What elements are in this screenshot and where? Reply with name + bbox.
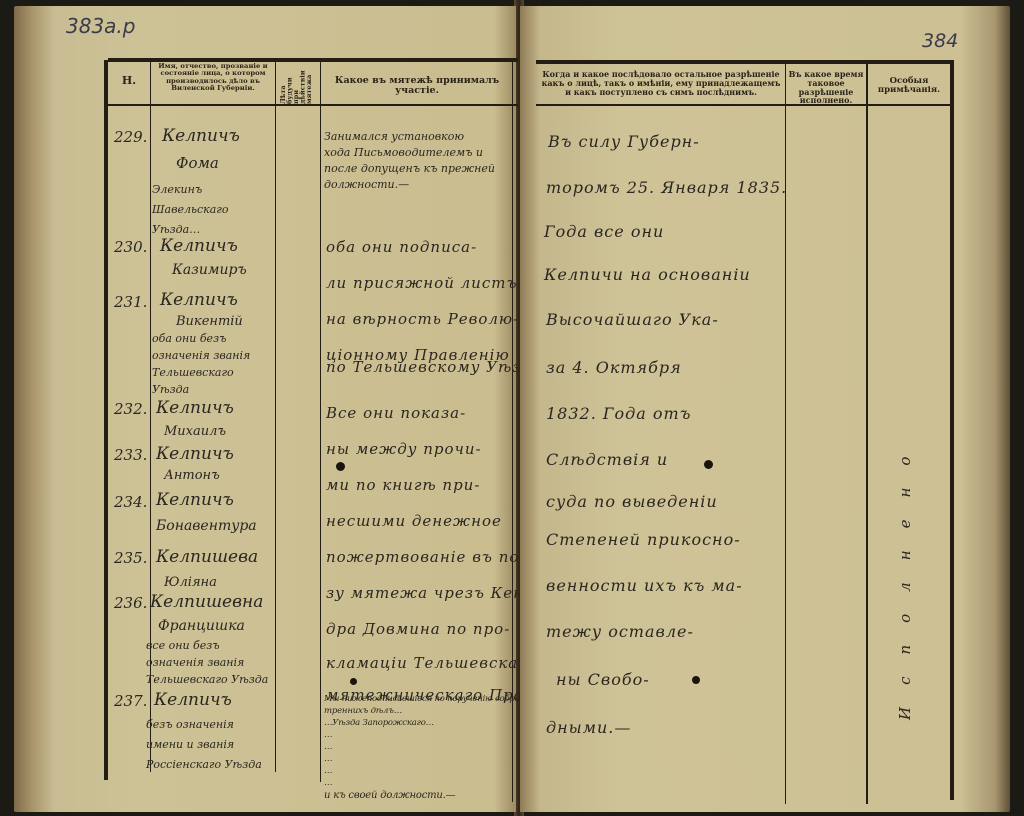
resolution-line: Келпичи на основаніи [544, 265, 751, 284]
resolution-line: за 4. Октября [546, 358, 682, 377]
entry-given-name: Викентій [176, 314, 243, 329]
header-years: Лѣта будучи при дѣйствіи мятежа [280, 64, 318, 104]
col-divider-resolution [785, 64, 786, 804]
small-note-line: … [324, 754, 332, 764]
header-person: Имя, отчество, прозваніе и состояніе лиц… [153, 63, 273, 93]
resolution-line: торомъ 25. Января 1835. [546, 178, 787, 197]
entry-number: 235. [114, 549, 147, 567]
participation-line: дра Довмина по про- [326, 620, 510, 638]
entry-number: 229. [114, 128, 147, 146]
participation-line: Занимался установкою [324, 130, 464, 143]
entry-given-name: Михаилъ [164, 424, 226, 439]
entry-note: Элекинъ Шавельскаго Уѣзда… [152, 180, 272, 240]
right-margin-rule [950, 60, 954, 800]
participation-line: кламаціи Тельшевскаго [326, 654, 537, 672]
resolution-line: 1832. Года отъ [546, 404, 691, 423]
paper-hole [350, 678, 357, 685]
col-divider-person [275, 62, 276, 772]
header-bottom-rule [536, 104, 954, 106]
paper-hole [336, 462, 345, 471]
small-note-line: … [324, 742, 332, 752]
paper-hole [692, 676, 700, 684]
header-bottom-rule [108, 104, 518, 106]
col-divider-years [320, 62, 321, 782]
entry-number: 232. [114, 400, 147, 418]
resolution-line: ны Свобо- [556, 670, 650, 689]
entry-surname: Келпичъ [156, 398, 234, 418]
header-remarks: Особыя примѣчанія. [868, 77, 950, 96]
resolution-line: Года все они [544, 222, 664, 241]
small-note-line: Мы нижеподписавшіеся по порученію собран… [324, 694, 553, 704]
folio-number-left: 383а.р [66, 14, 135, 38]
entry-number: 233. [114, 446, 147, 464]
resolution-line: дными.— [546, 718, 631, 737]
entry-surname: Келпичъ [154, 690, 232, 710]
resolution-line: тежу оставле- [546, 622, 694, 641]
entry-given-name: Казимиръ [172, 262, 247, 278]
participation-line: должности.— [324, 178, 409, 191]
header-top-rule [536, 60, 954, 64]
participation-line: на вѣрность Револю- [326, 310, 519, 328]
entry-number: 237. [114, 692, 147, 710]
participation-line: ли присяжной листъ [326, 274, 517, 292]
entry-surname: Келпичъ [160, 290, 238, 310]
small-note-line: треннихъ дѣлъ… [324, 706, 402, 716]
entry-surname: Келпичъ [156, 490, 234, 510]
header-number: Н. [110, 75, 148, 87]
participation-line: хода Письмоводителемъ и [324, 146, 483, 159]
remarks-vertical-text: Исполнено [896, 200, 914, 720]
participation-line: зу мятежа чрезъ Кен- [326, 584, 530, 602]
paper-hole [704, 460, 713, 469]
header-executed: Въ какое время таковое разрѣшеніе исполн… [787, 70, 865, 105]
entry-number: 231. [114, 293, 147, 311]
resolution-line: Въ силу Губерн- [548, 132, 700, 151]
entry-note: безъ означенія имени и званія Россіенска… [146, 715, 270, 775]
entry-surname: Келпишевна [150, 592, 263, 612]
participation-line: ми по книгѣ при- [326, 476, 480, 494]
participation-line: ны между прочи- [326, 440, 482, 458]
small-note-line: …Уѣзда Запорожскаго… [324, 718, 434, 728]
entry-number: 236. [114, 594, 147, 612]
small-note-line: и къ своей должности.— [324, 790, 455, 801]
participation-line: после допущенъ къ прежней [324, 162, 495, 175]
header-resolution: Когда и какое послѣдовало остальное разр… [538, 70, 784, 96]
entry-given-name: Францишка [158, 618, 245, 634]
participation-line: пожертвованіе въ поль- [326, 548, 545, 566]
resolution-line: Степеней прикосно- [546, 530, 741, 549]
entry-surname: Келпичъ [156, 444, 234, 464]
col-divider-executed [866, 64, 868, 804]
entry-note: все они безъ означенія званія Тельшевска… [146, 637, 270, 688]
participation-line: Все они показа- [326, 404, 466, 422]
entry-surname: Келпичъ [160, 236, 238, 256]
resolution-line: Высочайшаго Ука- [546, 310, 719, 329]
folio-number-right: 384 [922, 30, 958, 52]
entry-surname: Келпичъ [162, 126, 240, 146]
small-note-line: … [324, 778, 332, 788]
small-note-line: … [324, 730, 332, 740]
participation-line: оба они подписа- [326, 238, 477, 256]
entry-given-name: Юліяна [164, 575, 217, 590]
entry-note: оба они безъ означенія званія Тельшевска… [152, 330, 274, 398]
header-participation: Какое въ мятежѣ принималъ участіе. [322, 76, 512, 97]
resolution-line: венности ихъ къ ма- [546, 576, 743, 595]
entry-number: 230. [114, 238, 147, 256]
entry-given-name: Бонавентура [156, 518, 257, 534]
participation-line: несшими денежное [326, 512, 502, 530]
resolution-line: Слѣдствія и [546, 450, 668, 469]
small-note-line: … [324, 766, 332, 776]
entry-given-name: Антонъ [164, 468, 220, 483]
entry-number: 234. [114, 493, 147, 511]
entry-surname: Келпишева [156, 547, 258, 567]
participation-line: по Тельшевскому Уѣзду [326, 358, 542, 376]
resolution-line: суда по выведеніи [546, 492, 718, 511]
left-margin-rule [104, 60, 108, 780]
entry-given-name: Фома [176, 154, 219, 172]
